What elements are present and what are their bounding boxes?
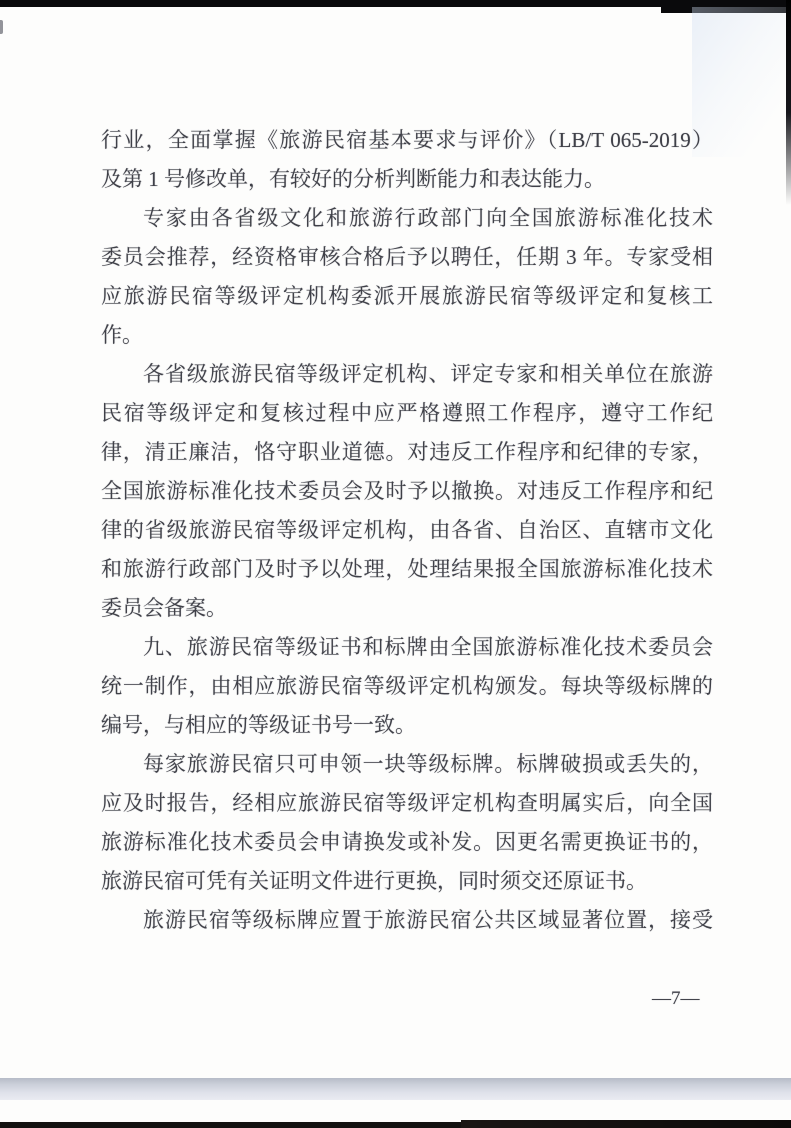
text-line: 委员会备案。 bbox=[101, 589, 713, 628]
text-line: 应及时报告，经相应旅游民宿等级评定机构查明属实后，向全国 bbox=[101, 784, 713, 823]
text-line: 全国旅游标准化技术委员会及时予以撤换。对违反工作程序和纪 bbox=[101, 472, 713, 511]
text-line: 和旅游行政部门及时予以处理，处理结果报全国旅游标准化技术 bbox=[101, 550, 713, 589]
text-line: 律，清正廉洁，恪守职业道德。对违反工作程序和纪律的专家， bbox=[101, 433, 713, 472]
scan-fold-band bbox=[0, 1078, 791, 1100]
text-line: 及第 1 号修改单，有较好的分析判断能力和表达能力。 bbox=[101, 160, 713, 199]
text-line: 作。 bbox=[101, 316, 713, 355]
page-number: —7— bbox=[652, 988, 712, 1010]
text-line: 每家旅游民宿只可申领一块等级标牌。标牌破损或丢失的， bbox=[101, 745, 713, 784]
body-text: 行业，全面掌握《旅游民宿基本要求与评价》（LB/T 065-2019）及第 1 … bbox=[101, 121, 713, 940]
text-line: 民宿等级评定和复核过程中应严格遵照工作程序，遵守工作纪 bbox=[101, 394, 713, 433]
text-line: 统一制作，由相应旅游民宿等级评定机构颁发。每块等级标牌的 bbox=[101, 667, 713, 706]
scan-edge-left-notch bbox=[0, 20, 3, 34]
scan-edge-right bbox=[786, 0, 791, 205]
scan-edge-bottom-right bbox=[461, 1120, 791, 1128]
text-line: 律的省级旅游民宿等级评定机构，由各省、自治区、直辖市文化 bbox=[101, 511, 713, 550]
text-line: 编号，与相应的等级证书号一致。 bbox=[101, 706, 713, 745]
text-line: 应旅游民宿等级评定机构委派开展旅游民宿等级评定和复核工 bbox=[101, 277, 713, 316]
document-page: 行业，全面掌握《旅游民宿基本要求与评价》（LB/T 065-2019）及第 1 … bbox=[0, 0, 791, 1128]
text-line: 九、旅游民宿等级证书和标牌由全国旅游标准化技术委员会 bbox=[101, 628, 713, 667]
text-line: 各省级旅游民宿等级评定机构、评定专家和相关单位在旅游 bbox=[101, 355, 713, 394]
text-line: 旅游民宿可凭有关证明文件进行更换，同时须交还原证书。 bbox=[101, 862, 713, 901]
text-line: 旅游标准化技术委员会申请换发或补发。因更名需更换证书的， bbox=[101, 823, 713, 862]
text-line: 委员会推荐，经资格审核合格后予以聘任，任期 3 年。专家受相 bbox=[101, 238, 713, 277]
text-line: 专家由各省级文化和旅游行政部门向全国旅游标准化技术 bbox=[101, 199, 713, 238]
text-line: 旅游民宿等级标牌应置于旅游民宿公共区域显著位置，接受 bbox=[101, 901, 713, 940]
text-line: 行业，全面掌握《旅游民宿基本要求与评价》（LB/T 065-2019） bbox=[101, 121, 713, 160]
